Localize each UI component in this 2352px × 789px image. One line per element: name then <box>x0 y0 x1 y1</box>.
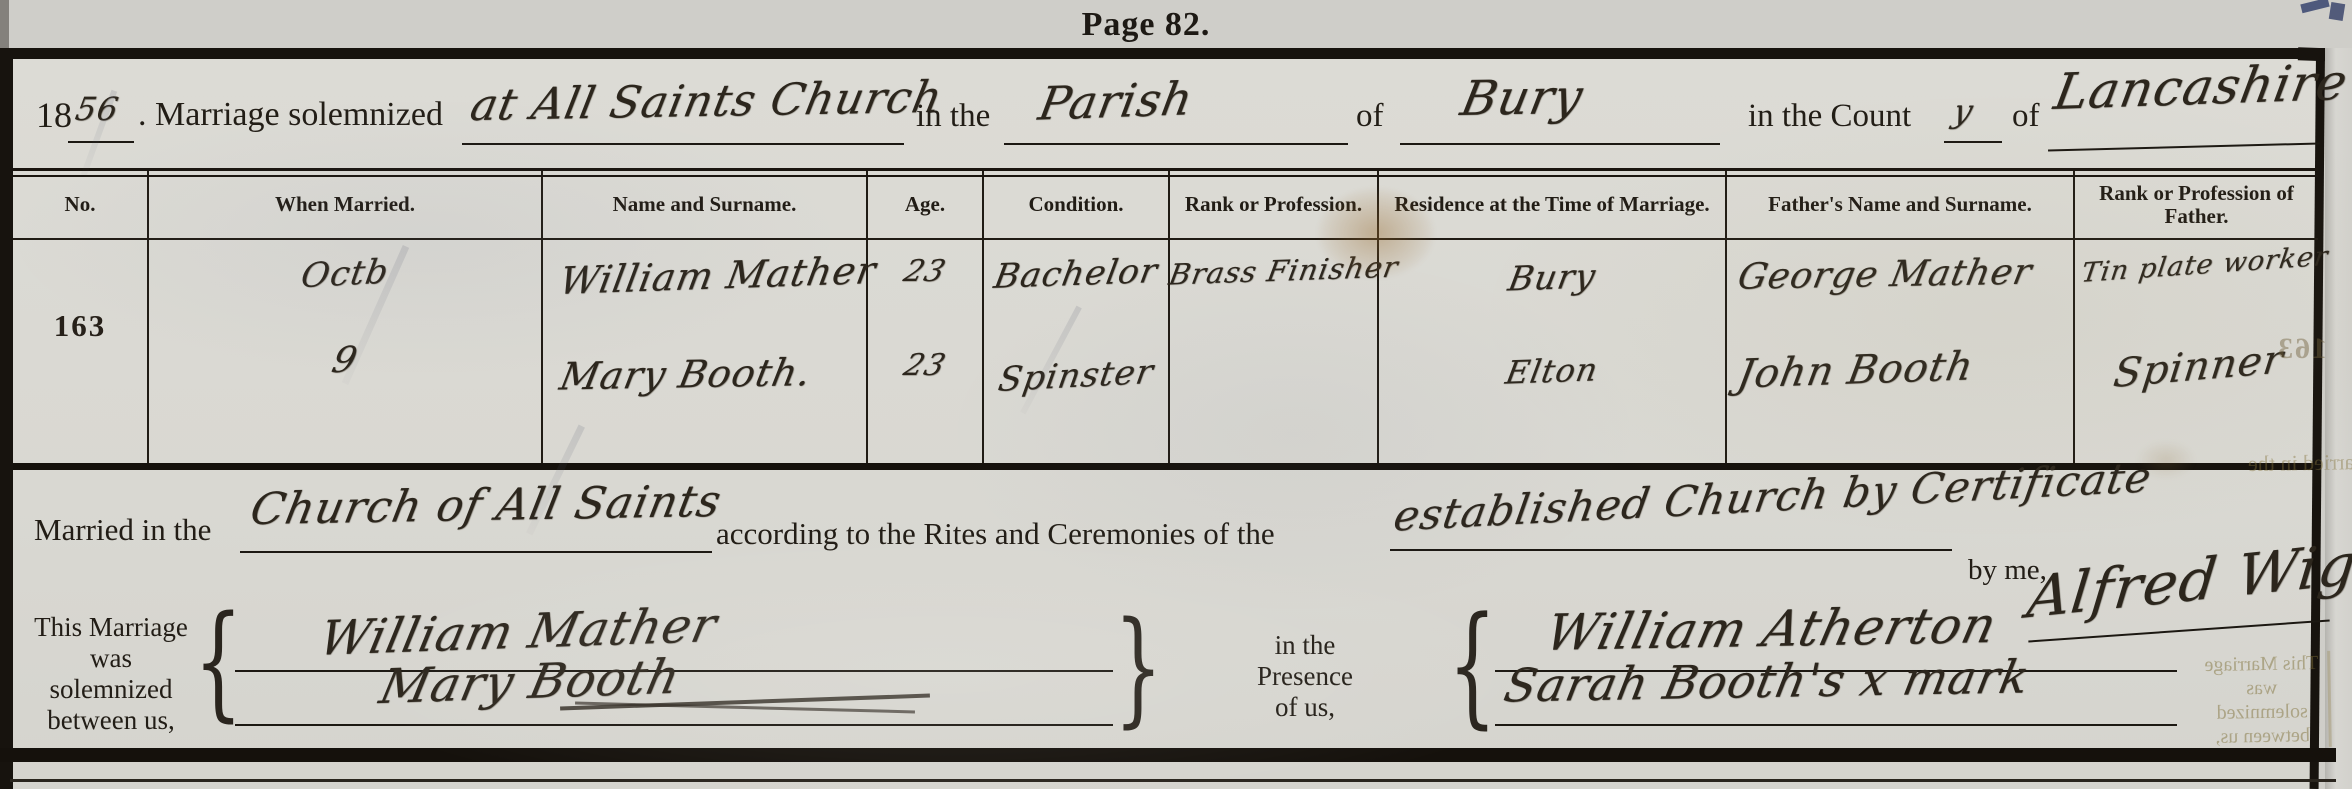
groom-name: William Mather <box>538 248 871 303</box>
col-header-father-rank: Rank or Profession of Father. <box>2075 171 2318 240</box>
label-line: solemnized <box>14 674 208 705</box>
church-of-handwritten: Church of All Saints <box>246 476 726 535</box>
col-header-age: Age. <box>868 171 984 240</box>
fill-in-line <box>1390 549 1952 551</box>
bride-residence: Elton <box>1374 346 1729 396</box>
married-in-text: Married in the <box>34 512 211 548</box>
label-line: in the <box>1213 630 1397 661</box>
presence-label: in the Presence of us, <box>1213 630 1397 723</box>
cell-names: William Mather Mary Booth. <box>543 240 868 463</box>
year-prefix: 18 <box>36 94 72 136</box>
bleedthrough-entry-number: 163 <box>2276 332 2327 366</box>
when-married-month: Octb <box>144 244 546 304</box>
cell-entry-no: 163 <box>13 240 149 463</box>
bleedthrough-married-in: Married in the <box>2248 449 2352 477</box>
bride-age: 23 <box>863 348 987 383</box>
groom-father-name: George Mather <box>1722 251 2077 298</box>
col-header-condition: Condition. <box>984 171 1170 240</box>
town-handwritten: Bury <box>1456 69 1588 127</box>
groom-father-profession: Tin plate worker <box>2071 242 2321 290</box>
label-line: between us, <box>14 705 208 736</box>
ghost-line: This Marriage <box>2195 651 2327 677</box>
county-prefix-text: in the Count <box>1748 98 1911 135</box>
brace-close: } <box>1114 597 1163 741</box>
next-form-border <box>10 779 2336 782</box>
page-edge-smudge <box>0 0 9 48</box>
parish-handwritten: Parish <box>1035 71 1198 130</box>
fill-in-line <box>462 143 904 145</box>
ghost-line: solemnized <box>2196 699 2328 725</box>
county-handwritten: Lancashire <box>2050 53 2352 121</box>
groom-residence: Bury <box>1374 252 1729 304</box>
this-marriage-label: This Marriage was solemnized between us, <box>14 612 208 736</box>
col-header-name: Name and Surname. <box>543 171 868 240</box>
bride-name: Mary Booth. <box>538 349 871 399</box>
ink-stain <box>1318 188 1434 278</box>
signature-line <box>235 724 1113 726</box>
cell-father-names: George Mather John Booth <box>1727 240 2075 463</box>
in-the-text: in the <box>916 98 990 135</box>
col-header-no: No. <box>13 171 149 240</box>
bride-condition: Spinster <box>980 351 1172 401</box>
cell-conditions: Bachelor Spinster <box>984 240 1170 463</box>
marriage-record-table: No. When Married. Name and Surname. Age.… <box>13 168 2318 470</box>
brace-open: { <box>1448 591 1497 743</box>
cell-when-married: Octb 9 <box>149 240 543 463</box>
bride-father-name: John Booth <box>1722 340 2079 398</box>
entry-number: 163 <box>13 308 147 344</box>
fill-in-line <box>240 551 712 553</box>
ghost-line: was <box>2196 675 2328 701</box>
cell-professions: Brass Finisher <box>1170 240 1379 463</box>
fill-in-line <box>1004 143 1348 145</box>
signature-line <box>1495 724 2177 726</box>
blue-ink-mark <box>2329 2 2345 21</box>
label-line: was <box>14 643 208 674</box>
box-border-bottom <box>0 748 2336 762</box>
box-border-left <box>0 48 13 789</box>
of-text: of <box>1356 98 1384 135</box>
bleedthrough-marriage-block: This Marriage was solemnized between us, <box>2195 651 2332 749</box>
box-border-top <box>0 48 2336 59</box>
fill-in-line <box>1400 143 1720 145</box>
church-handwritten: at All Saints Church <box>466 72 947 131</box>
label-line: Presence <box>1213 661 1397 692</box>
cell-ages: 23 23 <box>868 240 984 463</box>
col-header-father-name: Father's Name and Surname. <box>1727 171 2075 240</box>
fill-in-line <box>68 141 134 143</box>
brace-open: { <box>194 591 243 735</box>
col-header-when-married: When Married. <box>149 171 543 240</box>
of-text: of <box>2012 98 2040 135</box>
groom-condition: Bachelor <box>980 251 1172 297</box>
marriage-register-scan: Page 82. 18 56 . Marriage solemnized at … <box>0 0 2352 789</box>
ghost-line: between us, <box>2196 723 2328 749</box>
label-line: This Marriage <box>14 612 208 643</box>
cell-residences: Bury Elton <box>1379 240 1727 463</box>
rites-text: according to the Rites and Ceremonies of… <box>716 516 1275 552</box>
groom-age: 23 <box>863 254 987 289</box>
witness2-signature: Sarah Booth's x mark <box>1500 649 2035 712</box>
ink-stain <box>2136 440 2196 480</box>
solemnized-text: . Marriage solemnized <box>138 96 443 134</box>
fill-in-line <box>1944 141 2002 143</box>
page-number: Page 82. <box>0 6 2292 44</box>
blue-ink-mark <box>2300 0 2329 13</box>
label-line: of us, <box>1213 692 1397 723</box>
